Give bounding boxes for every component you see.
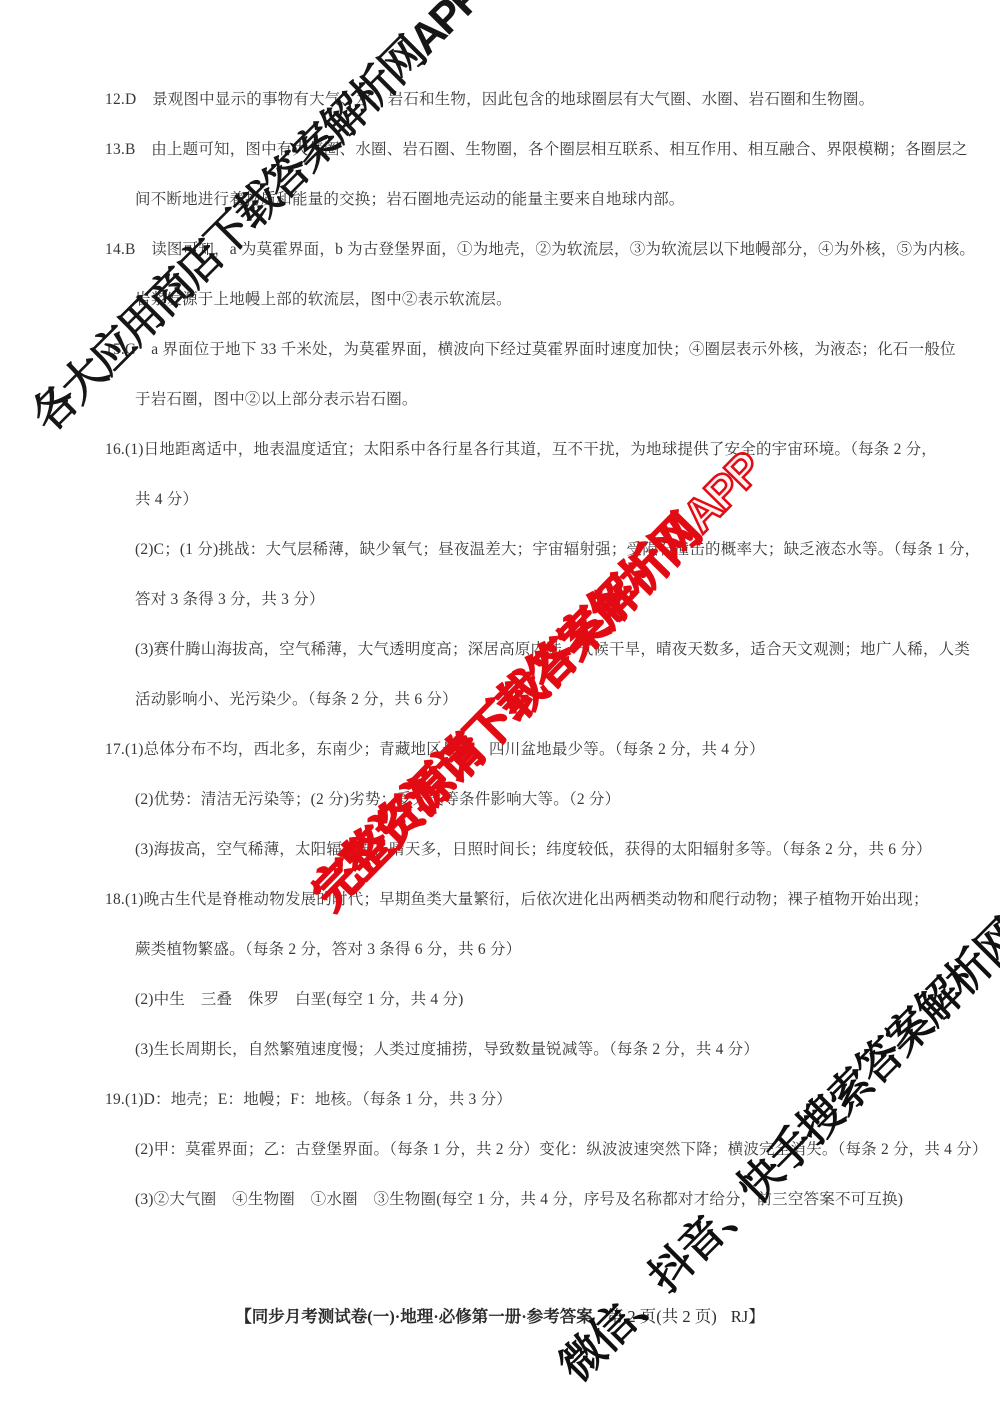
answer-text-block: 12.D 景观图中显示的事物有大气、水、岩石和生物，因此包含的地球圈层有大气圈、… xyxy=(105,75,940,1225)
answer-line: 14.B 读图可知，a 为莫霍界面，b 为古登堡界面，①为地壳，②为软流层，③为… xyxy=(105,225,940,275)
answer-line: 17.(1)总体分布不均，西北多，东南少；青藏地区最多，四川盆地最少等。（每条 … xyxy=(105,725,940,775)
answer-line: 于岩石圈，图中②以上部分表示岩石圈。 xyxy=(105,375,940,425)
scanned-answer-page: 12.D 景观图中显示的事物有大气、水、岩石和生物，因此包含的地球圈层有大气圈、… xyxy=(0,0,1000,1414)
answer-line: 16.(1)日地距离适中，地表温度适宜；太阳系中各行星各行其道，互不干扰，为地球… xyxy=(105,425,940,475)
answer-line: 间不断地进行着物质和能量的交换；岩石圈地壳运动的能量主要来自地球内部。 xyxy=(105,175,940,225)
answer-line: 蕨类植物繁盛。（每条 2 分，答对 3 条得 6 分，共 6 分） xyxy=(105,925,940,975)
answer-line: 答对 3 条得 3 分，共 3 分） xyxy=(105,575,940,625)
answer-line: (2)中生 三叠 侏罗 白垩(每空 1 分，共 4 分) xyxy=(105,975,940,1025)
answer-line: 12.D 景观图中显示的事物有大气、水、岩石和生物，因此包含的地球圈层有大气圈、… xyxy=(105,75,940,125)
answer-line: (3)②大气圈 ④生物圈 ①水圈 ③生物圈(每空 1 分，共 4 分，序号及名称… xyxy=(105,1175,940,1225)
page-footer: 【同步月考测试卷(一)·地理·必修第一册·参考答案第 2 页(共 2 页)RJ】 xyxy=(0,1303,1000,1327)
answer-line: (2)优势：清洁无污染等；(2 分)劣势：受天气等条件影响大等。（2 分） xyxy=(105,775,940,825)
answer-line: (3)海拔高，空气稀薄，太阳辐射强，晴天多，日照时间长；纬度较低，获得的太阳辐射… xyxy=(105,825,940,875)
answer-line: 岩浆发源于上地幔上部的软流层，图中②表示软流层。 xyxy=(105,275,940,325)
answer-line: 15.C a 界面位于地下 33 千米处，为莫霍界面，横波向下经过莫霍界面时速度… xyxy=(105,325,940,375)
answer-line: (2)C；(1 分)挑战：大气层稀薄，缺少氧气；昼夜温差大；宇宙辐射强；受陨石撞… xyxy=(105,525,940,575)
footer-page-number: 第 2 页(共 2 页) xyxy=(607,1307,717,1326)
answer-line: 共 4 分） xyxy=(105,475,940,525)
answer-line: (2)甲：莫霍界面；乙：古登堡界面。（每条 1 分，共 2 分）变化：纵波波速突… xyxy=(105,1125,940,1175)
answer-line: 18.(1)晚古生代是脊椎动物发展的时代；早期鱼类大量繁衍，后依次进化出两栖类动… xyxy=(105,875,940,925)
footer-edition-code: RJ】 xyxy=(731,1307,765,1326)
footer-booklet-title: 【同步月考测试卷(一)·地理·必修第一册·参考答案 xyxy=(235,1307,593,1326)
answer-line: (3)生长周期长，自然繁殖速度慢；人类过度捕捞，导致数量锐减等。（每条 2 分，… xyxy=(105,1025,940,1075)
answer-line: 19.(1)D：地壳；E：地幔；F：地核。（每条 1 分，共 3 分） xyxy=(105,1075,940,1125)
answer-line: (3)赛什腾山海拔高，空气稀薄，大气透明度高；深居高原内陆，气候干旱，晴夜天数多… xyxy=(105,625,940,675)
answer-line: 活动影响小、光污染少。（每条 2 分，共 6 分） xyxy=(105,675,940,725)
answer-line: 13.B 由上题可知，图中有大气圈、水圈、岩石圈、生物圈，各个圈层相互联系、相互… xyxy=(105,125,940,175)
